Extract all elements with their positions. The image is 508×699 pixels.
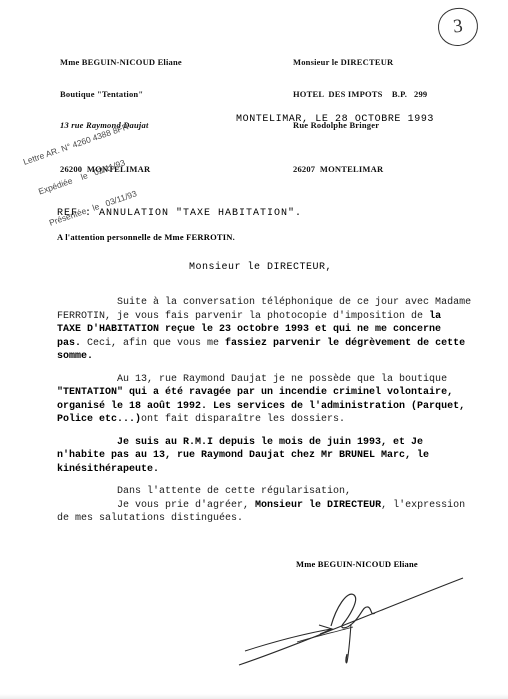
date-line: MONTELIMAR, LE 28 OCTOBRE 1993 bbox=[236, 114, 434, 125]
stamp-line-sent: Expédiée le 02/11/93 bbox=[33, 123, 226, 199]
body-text-segment: Je suis au R.M.I depuis le mois de juin … bbox=[57, 437, 423, 448]
body-line: Au 13, rue Raymond Daujat je ne possède … bbox=[57, 373, 487, 387]
sender-name: Mme BEGUIN-NICOUD Eliane bbox=[60, 57, 182, 68]
body-line: Police etc...)ont fait disparaître les d… bbox=[57, 413, 487, 427]
recipient-name: Monsieur le DIRECTEUR bbox=[293, 57, 427, 68]
letter-page: Mme BEGUIN-NICOUD Eliane Boutique "Tenta… bbox=[0, 0, 508, 699]
body-text-segment: de mes salutations distinguées. bbox=[57, 513, 243, 524]
body-text-segment: Suite à la conversation téléphonique de … bbox=[57, 297, 471, 308]
handwritten-signature bbox=[235, 568, 470, 668]
body-line: TAXE D'HABITATION reçue le 23 octobre 19… bbox=[57, 323, 487, 337]
salutation: Monsieur le DIRECTEUR, bbox=[189, 262, 332, 273]
body-text-segment: fassiez parvenir le dégrèvement de cette bbox=[225, 338, 465, 349]
body-text-segment: Au 13, rue Raymond Daujat je ne possède … bbox=[57, 374, 447, 385]
body-line: somme. bbox=[57, 350, 487, 364]
body-text-segment: la bbox=[429, 311, 441, 322]
recipient-city: 26207 MONTELIMAR bbox=[293, 164, 427, 175]
scan-edge-shadow bbox=[0, 694, 508, 699]
body-text-segment: pas. bbox=[57, 338, 81, 349]
body-text-segment: , l'expression bbox=[381, 500, 465, 511]
body-line: Dans l'attente de cette régularisation, bbox=[57, 485, 487, 499]
body-text-segment: "TENTATION" qui a été ravagée par un inc… bbox=[57, 387, 453, 398]
paragraph: Suite à la conversation téléphonique de … bbox=[57, 296, 487, 364]
body-line: Suite à la conversation téléphonique de … bbox=[57, 296, 487, 310]
body-line: kinésithérapeute. bbox=[57, 463, 487, 477]
body-line: Je vous prie d'agréer, Monsieur le DIREC… bbox=[57, 499, 487, 513]
paragraph: Dans l'attente de cette régularisation, … bbox=[57, 485, 487, 526]
body-text-segment: Dans l'attente de cette régularisation, bbox=[57, 486, 351, 497]
paragraph: Je suis au R.M.I depuis le mois de juin … bbox=[57, 436, 487, 477]
recipient-org: HOTEL DES IMPOTS B.P. 299 bbox=[293, 89, 427, 100]
body-text-segment: Ceci, afin que vous me bbox=[81, 338, 225, 349]
body-text-segment: somme. bbox=[57, 351, 93, 362]
paragraph: Au 13, rue Raymond Daujat je ne possède … bbox=[57, 373, 487, 427]
stamp-line-number: Lettre AR. N° 4260 4388 8FR bbox=[22, 92, 215, 168]
attention-line: A l'attention personnelle de Mme FERROTI… bbox=[57, 232, 235, 242]
page-number: 3 bbox=[452, 16, 464, 39]
body-text-segment: kinésithérapeute. bbox=[57, 464, 159, 475]
body-text-segment: n'habite pas au 13, rue Raymond Daujat c… bbox=[57, 450, 429, 461]
body-text-segment: Je vous prie d'agréer, bbox=[57, 500, 255, 511]
body-text-segment: Monsieur le DIRECTEUR bbox=[255, 500, 381, 511]
page-number-badge: 3 bbox=[436, 6, 480, 48]
body-line: "TENTATION" qui a été ravagée par un inc… bbox=[57, 386, 487, 400]
postal-stamp: Lettre AR. N° 4260 4388 8FR Expédiée le … bbox=[15, 71, 243, 251]
body-text-segment: ont fait disparaître les dossiers. bbox=[141, 414, 345, 425]
body-text-segment: Police etc...) bbox=[57, 414, 141, 425]
body-text-segment: TAXE D'HABITATION reçue le 23 octobre 19… bbox=[57, 324, 441, 335]
body-line: organisé le 18 août 1992. Les services d… bbox=[57, 400, 487, 414]
body-text-segment: FERROTIN, je vous fais parvenir la photo… bbox=[57, 311, 429, 322]
ref-line: REF : ANNULATION "TAXE HABITATION". bbox=[57, 208, 302, 219]
body-line: n'habite pas au 13, rue Raymond Daujat c… bbox=[57, 449, 487, 463]
body-line: FERROTIN, je vous fais parvenir la photo… bbox=[57, 310, 487, 324]
body-text-segment: organisé le 18 août 1992. Les services d… bbox=[57, 401, 465, 412]
body-line: pas. Ceci, afin que vous me fassiez parv… bbox=[57, 337, 487, 351]
body-line: de mes salutations distinguées. bbox=[57, 512, 487, 526]
body-line: Je suis au R.M.I depuis le mois de juin … bbox=[57, 436, 487, 450]
letter-body: Suite à la conversation téléphonique de … bbox=[57, 296, 487, 535]
